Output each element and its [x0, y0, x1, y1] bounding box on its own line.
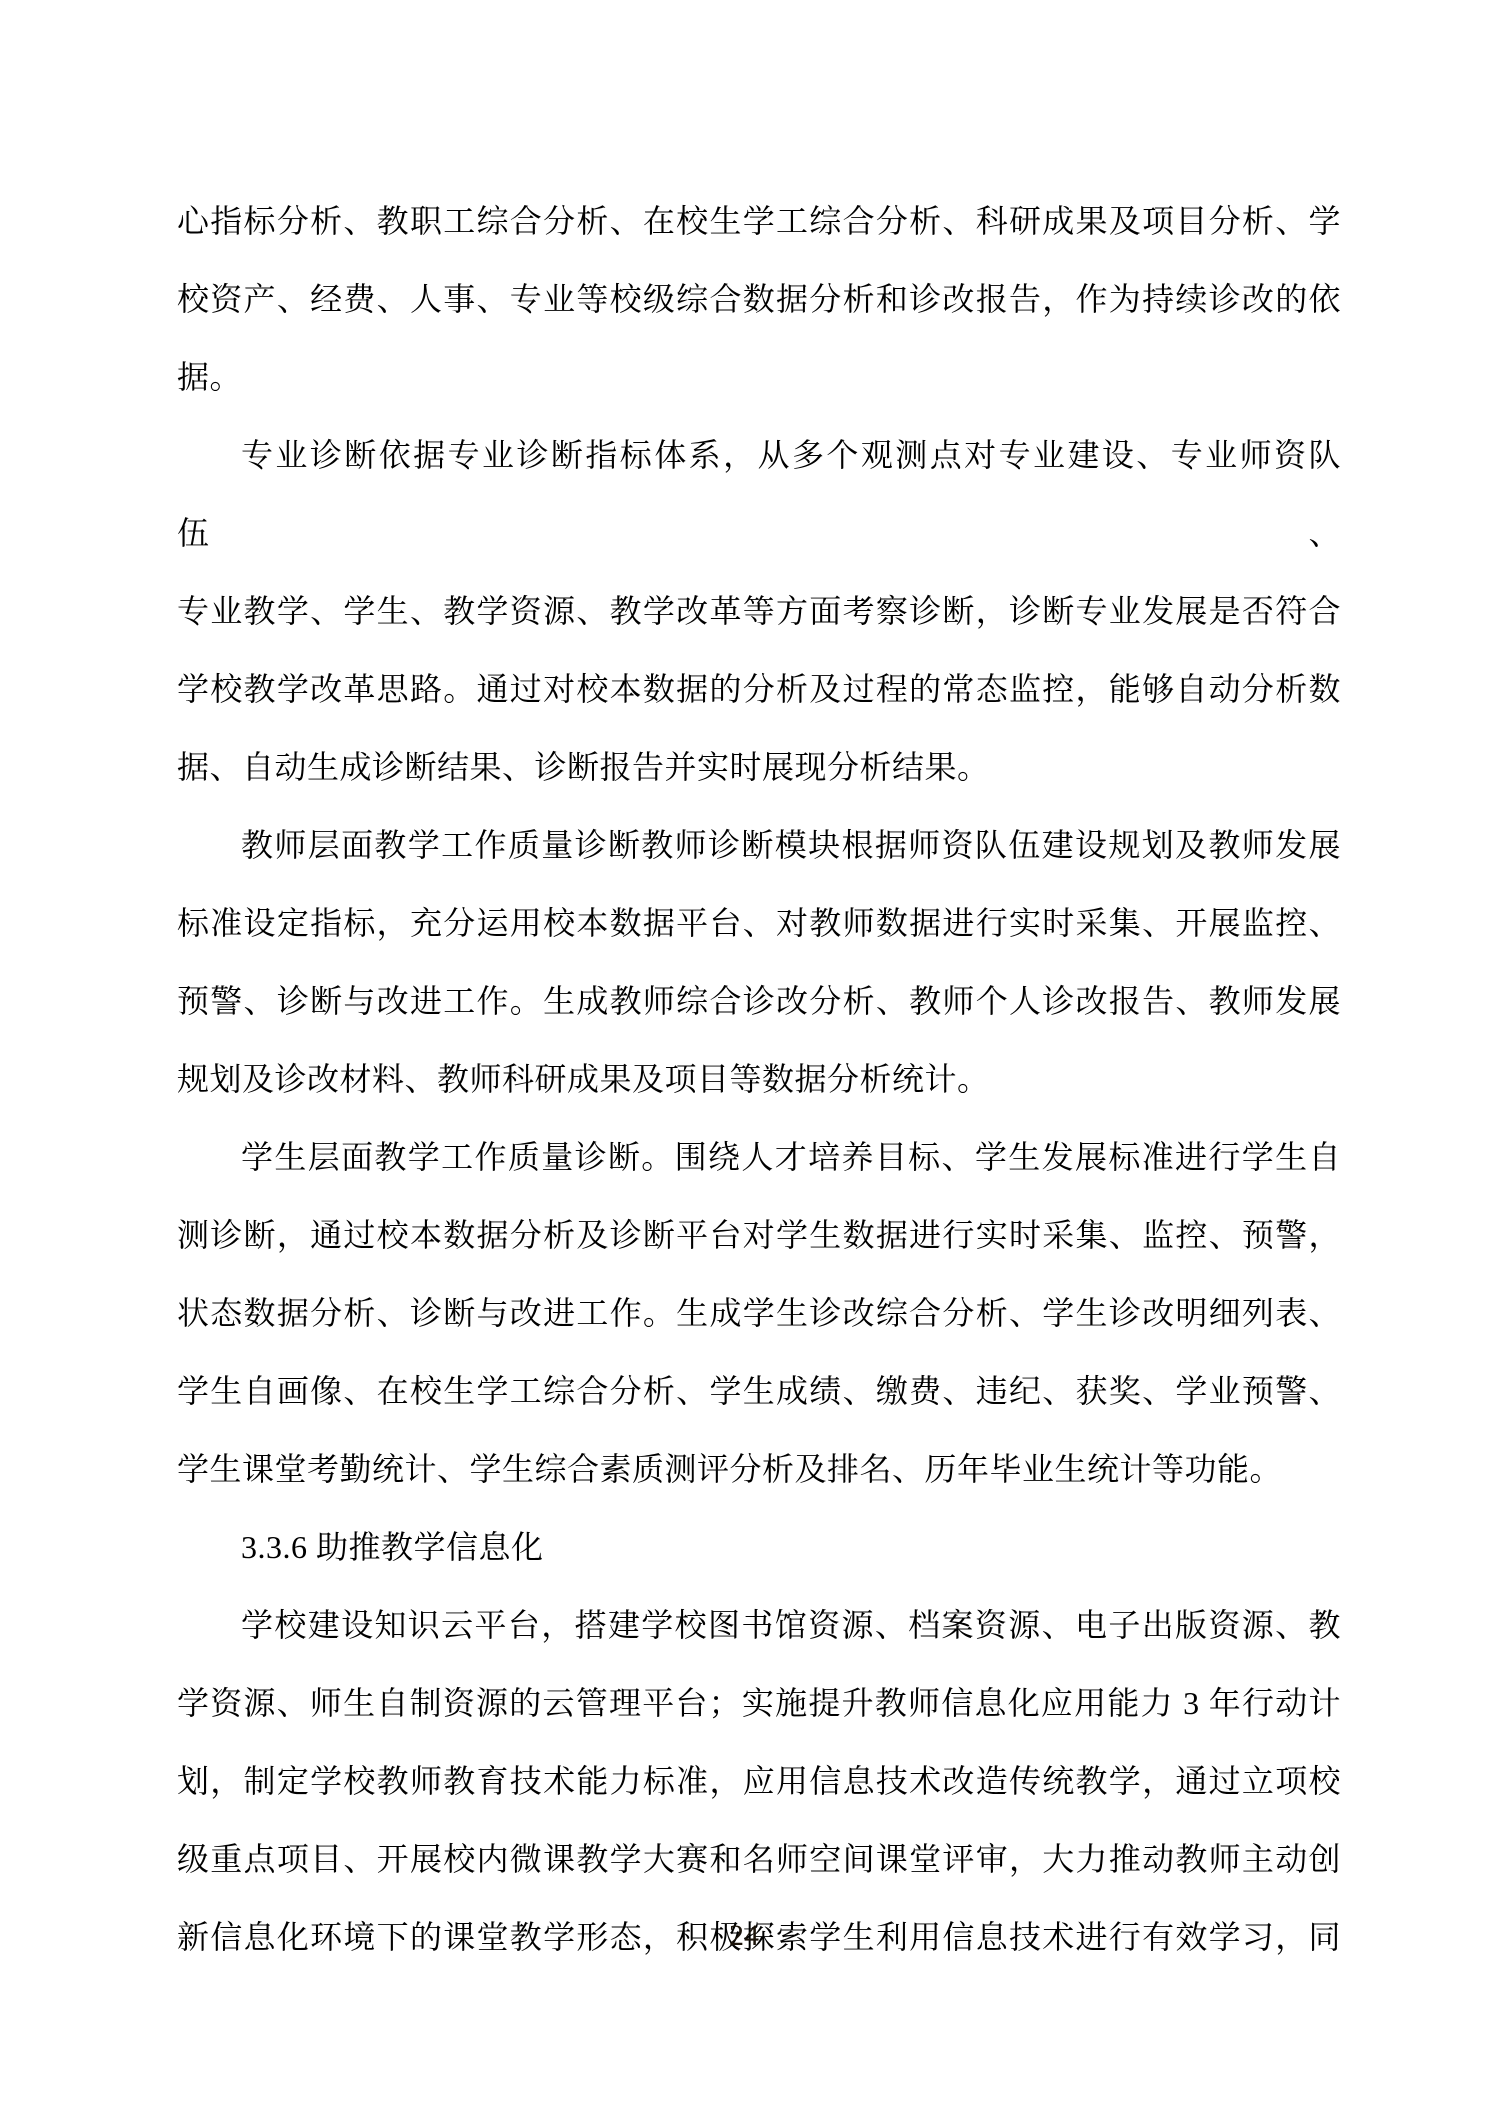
text-line: 学生自画像、在校生学工综合分析、学生成绩、缴费、违纪、获奖、学业预警、: [177, 1352, 1341, 1430]
text-line: 划，制定学校教师教育技术能力标准，应用信息技术改造传统教学，通过立项校: [177, 1742, 1341, 1820]
text-line: 据、自动生成诊断结果、诊断报告并实时展现分析结果。: [177, 728, 1341, 806]
text-line: 规划及诊改材料、教师科研成果及项目等数据分析统计。: [177, 1040, 1341, 1118]
paragraph: 心指标分析、教职工综合分析、在校生学工综合分析、科研成果及项目分析、学校资产、经…: [177, 182, 1341, 416]
section-heading: 3.3.6 助推教学信息化: [177, 1508, 1341, 1586]
text-line: 预警、诊断与改进工作。生成教师综合诊改分析、教师个人诊改报告、教师发展: [177, 962, 1341, 1040]
paragraph: 教师层面教学工作质量诊断教师诊断模块根据师资队伍建设规划及教师发展标准设定指标，…: [177, 806, 1341, 1118]
text-line: 状态数据分析、诊断与改进工作。生成学生诊改综合分析、学生诊改明细列表、: [177, 1274, 1341, 1352]
paragraph: 专业诊断依据专业诊断指标体系，从多个观测点对专业建设、专业师资队伍、专业教学、学…: [177, 416, 1341, 806]
document-body: 心指标分析、教职工综合分析、在校生学工综合分析、科研成果及项目分析、学校资产、经…: [177, 182, 1341, 1976]
text-line: 学校教学改革思路。通过对校本数据的分析及过程的常态监控，能够自动分析数: [177, 650, 1341, 728]
text-line: 心指标分析、教职工综合分析、在校生学工综合分析、科研成果及项目分析、学: [177, 182, 1341, 260]
text-line: 学资源、师生自制资源的云管理平台；实施提升教师信息化应用能力 3 年行动计: [177, 1664, 1341, 1742]
text-line: 学生层面教学工作质量诊断。围绕人才培养目标、学生发展标准进行学生自: [177, 1118, 1341, 1196]
text-line: 标准设定指标，充分运用校本数据平台、对教师数据进行实时采集、开展监控、: [177, 884, 1341, 962]
text-line: 专业教学、学生、教学资源、教学改革等方面考察诊断，诊断专业发展是否符合: [177, 572, 1341, 650]
text-line: 专业诊断依据专业诊断指标体系，从多个观测点对专业建设、专业师资队伍、: [177, 416, 1341, 572]
text-line: 级重点项目、开展校内微课教学大赛和名师空间课堂评审，大力推动教师主动创: [177, 1820, 1341, 1898]
text-line: 学生课堂考勤统计、学生综合素质测评分析及排名、历年毕业生统计等功能。: [177, 1430, 1341, 1508]
text-line: 校资产、经费、人事、专业等校级综合数据分析和诊改报告，作为持续诊改的依: [177, 260, 1341, 338]
page-number: 24: [0, 1916, 1488, 1956]
heading-text-line: 3.3.6 助推教学信息化: [177, 1508, 1341, 1586]
text-line: 教师层面教学工作质量诊断教师诊断模块根据师资队伍建设规划及教师发展: [177, 806, 1341, 884]
document-page: 心指标分析、教职工综合分析、在校生学工综合分析、科研成果及项目分析、学校资产、经…: [0, 0, 1488, 2105]
paragraph: 学生层面教学工作质量诊断。围绕人才培养目标、学生发展标准进行学生自测诊断，通过校…: [177, 1118, 1341, 1508]
text-line: 学校建设知识云平台，搭建学校图书馆资源、档案资源、电子出版资源、教: [177, 1586, 1341, 1664]
text-line: 测诊断，通过校本数据分析及诊断平台对学生数据进行实时采集、监控、预警，: [177, 1196, 1341, 1274]
text-line: 据。: [177, 338, 1341, 416]
